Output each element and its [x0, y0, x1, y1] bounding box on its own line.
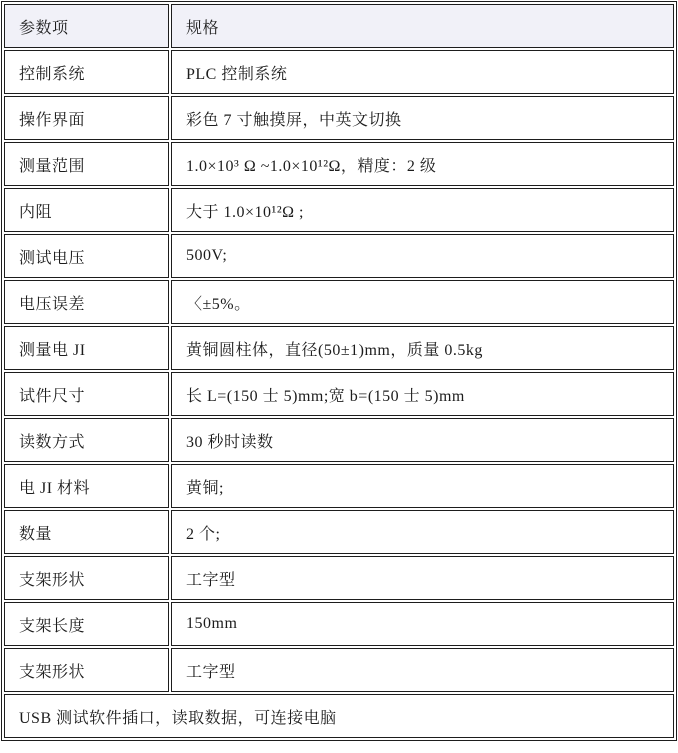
param-cell: 支架长度: [4, 602, 169, 646]
spec-cell: 黄铜圆柱体，直径(50±1)mm，质量 0.5kg: [171, 326, 674, 370]
table-row: 数量2 个;: [4, 510, 674, 554]
header-cell-param: 参数项: [4, 4, 169, 48]
param-cell: 试件尺寸: [4, 372, 169, 416]
table-row: 测试电压500V;: [4, 234, 674, 278]
spec-cell: 150mm: [171, 602, 674, 646]
param-cell: 数量: [4, 510, 169, 554]
table-row: 操作界面彩色 7 寸触摸屏，中英文切换: [4, 96, 674, 140]
spec-cell: 黄铜;: [171, 464, 674, 508]
spec-cell: PLC 控制系统: [171, 50, 674, 94]
param-cell: 支架形状: [4, 648, 169, 692]
spec-cell: 彩色 7 寸触摸屏，中英文切换: [171, 96, 674, 140]
header-row: 参数项 规格: [4, 4, 674, 48]
spec-table-head: 参数项 规格: [4, 4, 674, 48]
spec-cell: 500V;: [171, 234, 674, 278]
param-cell: 控制系统: [4, 50, 169, 94]
param-cell: 测量范围: [4, 142, 169, 186]
param-cell: 测量电 JI: [4, 326, 169, 370]
spec-cell: 2 个;: [171, 510, 674, 554]
table-row: 控制系统PLC 控制系统: [4, 50, 674, 94]
param-cell: 读数方式: [4, 418, 169, 462]
param-cell: 支架形状: [4, 556, 169, 600]
table-row: 读数方式30 秒时读数: [4, 418, 674, 462]
param-cell: 操作界面: [4, 96, 169, 140]
spec-table-body: 控制系统PLC 控制系统操作界面彩色 7 寸触摸屏，中英文切换测量范围1.0×1…: [4, 50, 674, 692]
spec-cell: 工字型: [171, 556, 674, 600]
table-row: 测量范围1.0×10³ Ω ~1.0×10¹²Ω，精度：2 级: [4, 142, 674, 186]
table-row: 内阻大于 1.0×10¹²Ω ;: [4, 188, 674, 232]
spec-cell: 长 L=(150 士 5)mm;宽 b=(150 士 5)mm: [171, 372, 674, 416]
spec-cell: 1.0×10³ Ω ~1.0×10¹²Ω，精度：2 级: [171, 142, 674, 186]
spec-table-footer: USB 测试软件插口，读取数据，可连接电脑: [4, 694, 674, 738]
table-row: 电压误差〈±5%。: [4, 280, 674, 324]
footer-row: USB 测试软件插口，读取数据，可连接电脑: [4, 694, 674, 738]
spec-cell: 大于 1.0×10¹²Ω ;: [171, 188, 674, 232]
spec-table: 参数项 规格 控制系统PLC 控制系统操作界面彩色 7 寸触摸屏，中英文切换测量…: [1, 1, 677, 741]
param-cell: 内阻: [4, 188, 169, 232]
spec-cell: 〈±5%。: [171, 280, 674, 324]
param-cell: 测试电压: [4, 234, 169, 278]
spec-cell: 工字型: [171, 648, 674, 692]
table-row: 电 JI 材料黄铜;: [4, 464, 674, 508]
header-cell-spec: 规格: [171, 4, 674, 48]
table-row: 试件尺寸长 L=(150 士 5)mm;宽 b=(150 士 5)mm: [4, 372, 674, 416]
table-row: 支架长度150mm: [4, 602, 674, 646]
param-cell: 电压误差: [4, 280, 169, 324]
footer-cell: USB 测试软件插口，读取数据，可连接电脑: [4, 694, 674, 738]
spec-cell: 30 秒时读数: [171, 418, 674, 462]
table-row: 支架形状工字型: [4, 648, 674, 692]
param-cell: 电 JI 材料: [4, 464, 169, 508]
table-row: 测量电 JI黄铜圆柱体，直径(50±1)mm，质量 0.5kg: [4, 326, 674, 370]
table-row: 支架形状工字型: [4, 556, 674, 600]
